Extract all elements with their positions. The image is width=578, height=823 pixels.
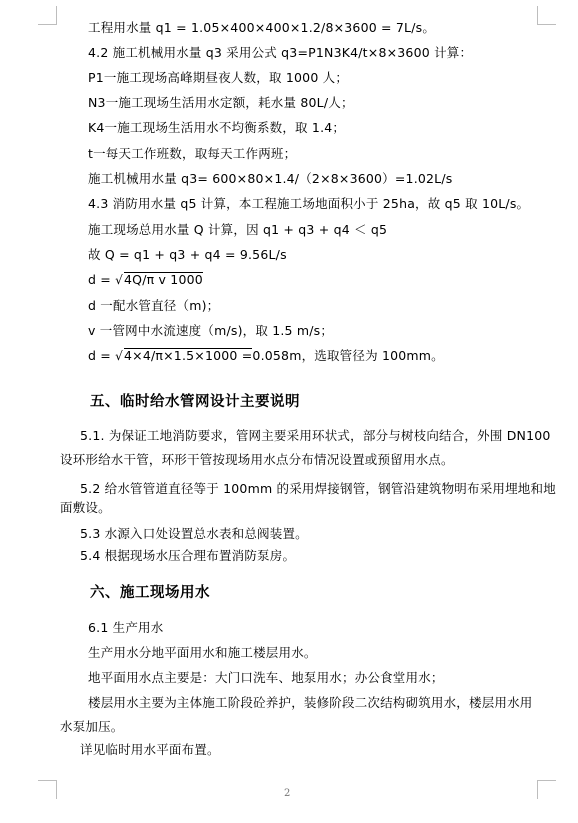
paragraph-5-1-line-2: 设环形给水干管，环形干管按现场用水点分布情况设置或预留用水点。 (60, 452, 454, 468)
page-corner-mark-top-right (537, 6, 556, 25)
text-line-v-definition: v 一管网中水流速度（m/s)，取 1.5 m/s； (88, 323, 333, 339)
page-corner-mark-bottom-left (38, 780, 57, 799)
page-number: 2 (284, 788, 290, 799)
square-root: √4×4/π×1.5×1000 = (115, 348, 252, 364)
text-line-4-2-formula: 4.2 施工机械用水量 q3 采用公式 q3=P1N3K4/t×8×3600 计… (88, 45, 472, 61)
formula-prefix: d = (88, 272, 115, 287)
paragraph-6-1-d: 详见临时用水平面布置。 (80, 742, 220, 758)
text-line-k4-definition: K4一施工现场生活用水不均衡系数，取 1.4； (88, 120, 345, 136)
paragraph-5-4: 5.4 根据现场水压合理布置消防泵房。 (80, 548, 295, 564)
paragraph-6-1-a: 生产用水分地平面用水和施工楼层用水。 (88, 645, 317, 661)
text-line-total-water-condition: 施工现场总用水量 Q 计算，因 q1 + q3 + q4 ＜ q5 (88, 222, 387, 238)
subheading-6-1: 6.1 生产用水 (88, 620, 163, 636)
paragraph-5-3: 5.3 水源入口处设置总水表和总阀装置。 (80, 526, 308, 542)
text-line-t-definition: t一每天工作班数，取每天工作两班； (88, 146, 296, 162)
text-line-engineering-water: 工程用水量 q1 = 1.05×400×400×1.2/8×3600 = 7L/… (88, 20, 435, 36)
text-line-n3-definition: N3一施工现场生活用水定额，耗水量 80L/人； (88, 95, 354, 111)
page-corner-mark-top-left (38, 6, 57, 25)
square-root: √4Q/π v 1000 (115, 272, 203, 288)
formula-result: 0.058m，选取管径为 100mm。 (252, 348, 443, 363)
radical-icon: √ (115, 348, 123, 364)
paragraph-5-1-line-1: 5.1. 为保证工地消防要求，管网主要采用环状式，部分与树枝向结合，外围 DN1… (80, 428, 551, 444)
section-heading-6: 六、施工现场用水 (90, 584, 210, 602)
text-line-d-definition: d 一配水管直径（m)； (88, 298, 219, 314)
paragraph-5-2-line-1: 5.2 给水管管道直径等于 100mm 的采用焊接钢管，钢管沿建筑物明布采用埋地… (80, 481, 556, 497)
paragraph-6-1-c-line-2: 水泵加压。 (60, 719, 124, 735)
radicand: 4×4/π×1.5×1000 = (124, 348, 252, 363)
formula-prefix: d = (88, 348, 115, 363)
page-corner-mark-bottom-right (537, 780, 556, 799)
paragraph-6-1-c-line-1: 楼层用水主要为主体施工阶段砼养护，装修阶段二次结构砌筑用水，楼层用水用 (88, 695, 533, 711)
document-page: 工程用水量 q1 = 1.05×400×400×1.2/8×3600 = 7L/… (0, 0, 578, 823)
text-line-q-total: 故 Q = q1 + q3 + q4 = 9.56L/s (88, 247, 287, 263)
radical-icon: √ (115, 272, 123, 288)
paragraph-6-1-b: 地平面用水点主要是：大门口洗车、地泵用水；办公食堂用水； (88, 670, 444, 686)
paragraph-5-2-line-2: 面敷设。 (60, 500, 111, 516)
section-heading-5: 五、临时给水管网设计主要说明 (90, 393, 300, 411)
text-line-4-3-fire-water: 4.3 消防用水量 q5 计算，本工程施工场地面积小于 25ha，故 q5 取 … (88, 196, 529, 212)
radicand: 4Q/π v 1000 (124, 272, 203, 287)
formula-pipe-diameter-result: d = √4×4/π×1.5×1000 = 0.058m，选取管径为 100mm… (88, 348, 444, 364)
text-line-q3-result: 施工机械用水量 q3= 600×80×1.4/（2×8×3600）=1.02L/… (88, 171, 452, 187)
formula-pipe-diameter: d = √4Q/π v 1000 (88, 272, 203, 288)
text-line-p1-definition: P1一施工现场高峰期昼夜人数，取 1000 人； (88, 70, 348, 86)
